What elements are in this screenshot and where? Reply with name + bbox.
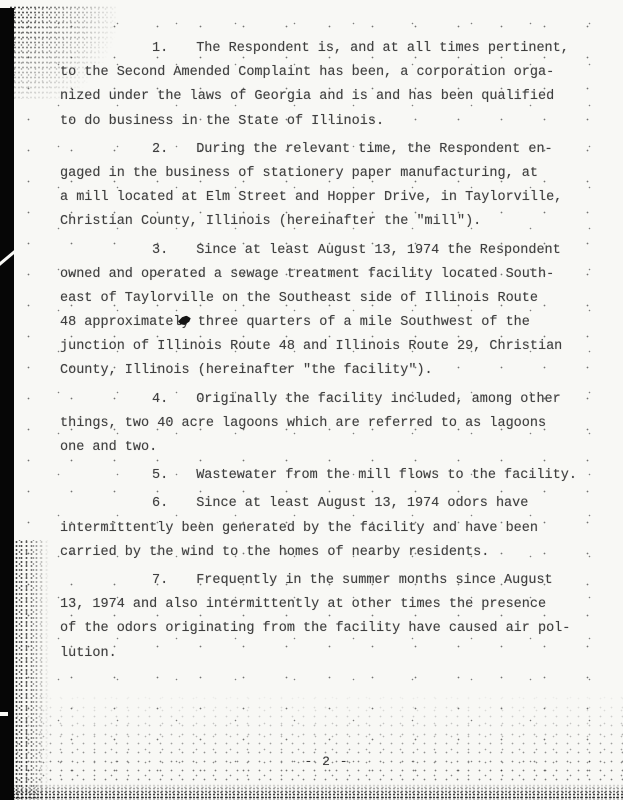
paragraph-first-line-text: Frequently in the summer months since Au…: [196, 569, 552, 593]
scan-noise-bottom: [10, 690, 623, 785]
page-number: - 2 -: [0, 754, 623, 769]
document-page: 1.The Respondent is, and at all times pe…: [0, 0, 623, 800]
paragraph-7: 7.Frequently in the summer months since …: [60, 569, 580, 666]
paragraph-number: 5.: [152, 464, 168, 488]
text-line: carried by the wind to the homes of near…: [60, 541, 580, 565]
paragraph-first-line-text: Originally the facility included, among …: [196, 388, 561, 412]
paragraph-1: 1.The Respondent is, and at all times pe…: [60, 37, 580, 134]
paragraph-number: 7.: [152, 569, 168, 593]
scan-band-notch: [0, 712, 8, 716]
text-line: east of Taylorville on the Southeast sid…: [60, 287, 580, 311]
text-line: to do business in the State of Illinois.: [60, 110, 580, 134]
paragraph-4: 4.Originally the facility included, amon…: [60, 388, 580, 461]
text-line: 13, 1974 and also intermittently at othe…: [60, 593, 580, 617]
text-line: 4.Originally the facility included, amon…: [60, 388, 580, 412]
text-line: intermittently been generated by the fac…: [60, 517, 580, 541]
text-line: junction of Illinois Route 48 and Illino…: [60, 335, 580, 359]
paragraph-2: 2.During the relevant time, the Responde…: [60, 138, 580, 235]
document-body: 1.The Respondent is, and at all times pe…: [60, 37, 580, 666]
text-line: things, two 40 acre lagoons which are re…: [60, 412, 580, 436]
text-line: 48 approximately three quarters of a mil…: [60, 311, 580, 335]
text-line: 7.Frequently in the summer months since …: [60, 569, 580, 593]
text-line: 5.Wastewater from the mill flows to the …: [60, 464, 580, 488]
text-line: owned and operated a sewage treatment fa…: [60, 263, 580, 287]
paragraph-first-line-text: Since at least August 13, 1974 odors hav…: [196, 492, 528, 516]
paragraph-first-line-text: Since at least August 13, 1974 the Respo…: [196, 239, 561, 263]
paragraph-first-line-text: During the relevant time, the Respondent…: [196, 138, 552, 162]
paragraph-first-line-text: The Respondent is, and at all times pert…: [196, 37, 569, 61]
text-line: 1.The Respondent is, and at all times pe…: [60, 37, 580, 61]
text-line: of the odors originating from the facili…: [60, 617, 580, 641]
text-line: 6.Since at least August 13, 1974 odors h…: [60, 492, 580, 516]
text-line: 3.Since at least August 13, 1974 the Res…: [60, 239, 580, 263]
text-line: lution.: [60, 642, 580, 666]
text-line: one and two.: [60, 436, 580, 460]
text-line: County, Illinois (hereinafter "the facil…: [60, 359, 580, 383]
scan-scratch-line: [0, 243, 25, 268]
paragraph-number: 4.: [152, 388, 168, 412]
scan-noise-bottom-edge: [0, 783, 623, 800]
scan-edge-band: [0, 8, 14, 800]
text-line: a mill located at Elm Street and Hopper …: [60, 186, 580, 210]
paragraph-number: 3.: [152, 239, 168, 263]
text-line: Christian County, Illinois (hereinafter …: [60, 210, 580, 234]
text-line: 2.During the relevant time, the Responde…: [60, 138, 580, 162]
text-line: to the Second Amended Complaint has been…: [60, 61, 580, 85]
paragraph-5: 5.Wastewater from the mill flows to the …: [60, 464, 580, 488]
paragraph-number: 6.: [152, 492, 168, 516]
text-line: gaged in the business of stationery pape…: [60, 162, 580, 186]
paragraph-number: 1.: [152, 37, 168, 61]
paragraph-6: 6.Since at least August 13, 1974 odors h…: [60, 492, 580, 565]
paragraph-first-line-text: Wastewater from the mill flows to the fa…: [196, 464, 577, 488]
paragraph-3: 3.Since at least August 13, 1974 the Res…: [60, 239, 580, 384]
paragraph-number: 2.: [152, 138, 168, 162]
text-line: nized under the laws of Georgia and is a…: [60, 85, 580, 109]
